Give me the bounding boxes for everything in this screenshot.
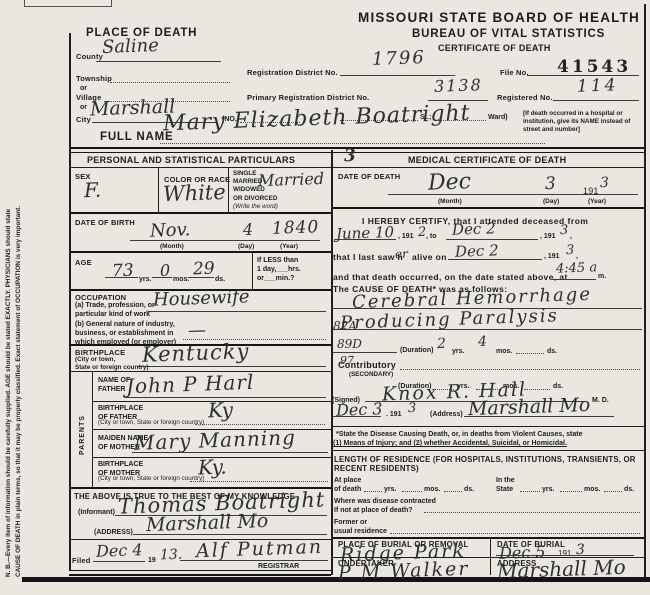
primary-registration-line	[428, 100, 488, 101]
dod-month-caption: (Month)	[438, 198, 462, 205]
informant-address-label: (ADDRESS)	[94, 528, 133, 537]
informant-label: (Informant)	[78, 508, 115, 517]
birthplace-sub: (City or town, State or foreign country)	[75, 356, 148, 372]
age-less-l3: or___min.?	[257, 274, 301, 283]
to-label: , to	[426, 232, 437, 241]
hospital-note: [If death occurred in a hospital or inst…	[523, 110, 641, 135]
margin-note-line1: N. B.—Every item of information should b…	[4, 206, 14, 577]
dod-day-value: 3	[545, 176, 556, 193]
cause-duration-label: (Duration)	[400, 346, 433, 355]
personal-title-rule	[69, 167, 331, 168]
age-mos-line	[152, 277, 172, 278]
city-ward-label: Ward)	[488, 113, 508, 122]
form-left-border	[69, 33, 71, 570]
md-label: M. D.	[592, 396, 609, 405]
county-label: County	[76, 52, 103, 61]
former-residence-blank	[390, 533, 640, 534]
saw-year-value: 3	[566, 244, 575, 257]
footnote-top-rule	[333, 426, 644, 427]
birthplace-sub-l1: (City or town,	[75, 356, 148, 364]
sex-value: F.	[84, 180, 102, 201]
attended-from-line	[334, 239, 396, 240]
city-label: City	[76, 115, 91, 124]
row-rule-1	[69, 212, 331, 214]
contributory-ds-blank	[524, 389, 550, 390]
former-residence-l2: usual residence	[334, 527, 387, 536]
marital-label-l4: OR DIVORCED	[233, 195, 278, 203]
dob-day-caption: (Day)	[238, 243, 254, 250]
registrar-line	[180, 560, 328, 561]
state-mos-label: mos.	[584, 485, 600, 494]
occupation-a-label: (a) Trade, profession, or particular kin…	[75, 301, 155, 319]
color-value: White	[163, 182, 226, 205]
column-divider	[331, 150, 333, 575]
signed-year-printed: . 191	[386, 410, 402, 419]
filed-bottom-rule	[69, 570, 331, 576]
occupation-a-l1: (a) Trade, profession, or	[75, 301, 155, 310]
dod-year-caption: (Year)	[588, 198, 606, 205]
informant-address-line	[133, 534, 327, 535]
at-place-label-l2: of death	[334, 485, 361, 494]
at-place-ds-blank	[444, 491, 462, 492]
contributory-blank	[400, 369, 640, 370]
informant-address-value: Marshall Mo	[146, 512, 269, 535]
to-comma: ,	[570, 232, 572, 241]
cause-duration-yrs-value: 2	[437, 337, 446, 351]
dob-label: DATE OF BIRTH	[75, 218, 135, 227]
or-label-2: or	[80, 103, 87, 112]
marital-label-sub: (Write the word)	[233, 203, 278, 211]
mother-bp-l1: BIRTHPLACE	[98, 460, 143, 469]
cause-duration-mos-label: mos.	[496, 347, 512, 356]
cause-code-2: 89D	[337, 338, 362, 350]
filed-date-line	[93, 561, 145, 562]
dod-line	[388, 194, 638, 195]
cause-duration-rule	[333, 352, 397, 353]
attended-to-line	[446, 239, 538, 240]
state-ds-label: ds.	[624, 485, 634, 494]
marital-value: Married	[258, 171, 325, 189]
color-marital-divider	[228, 167, 229, 213]
physician-address-line	[464, 416, 614, 417]
state-yrs-label: yrs.	[542, 485, 554, 494]
dod-bottom-rule	[333, 207, 644, 209]
undertaker-address-value: Marshall Mo	[497, 557, 626, 581]
contracted-label-l1: Where was disease contracted	[334, 497, 436, 506]
medical-section-title: MEDICAL CERTIFICATE OF DEATH	[408, 155, 566, 165]
filed-year-printed: 19	[148, 556, 156, 565]
parents-vertical-label: PARENTS	[78, 415, 89, 455]
dod-label: DATE OF DEATH	[338, 172, 400, 181]
death-occurred-label: and that death occurred, on the date sta…	[333, 272, 568, 283]
death-time-value: 4:45 a	[556, 261, 598, 275]
registration-district-value: 1796	[372, 49, 426, 69]
state-mos-blank	[560, 491, 582, 492]
footnote-line1: *State the Disease Causing Death, or, in…	[336, 430, 583, 439]
dob-month-caption: (Month)	[160, 243, 184, 250]
occupation-a-value: Housewife	[153, 288, 250, 309]
primary-registration-label: Primary Registration District No.	[247, 93, 369, 102]
age-mos-label: mos.	[173, 275, 189, 284]
registration-district-label: Registration District No.	[247, 68, 338, 77]
dod-year-value: 3	[600, 176, 609, 190]
in-the-label: In the	[496, 476, 515, 485]
father-birthplace-value: Ky	[208, 400, 234, 421]
signed-year-value: 3	[408, 402, 417, 415]
burial-col-divider	[490, 537, 491, 575]
contributory-secondary-label: (SECONDARY)	[349, 371, 393, 379]
saw-pronoun: er	[395, 248, 408, 260]
dob-year-caption: (Year)	[280, 243, 298, 250]
board-title: MISSOURI STATE BOARD OF HEALTH	[358, 10, 640, 25]
county-line	[96, 61, 221, 62]
registered-no-value: 114	[577, 77, 619, 95]
cause-duration-mos-value: 4	[478, 335, 487, 349]
cause-duration-ds-label: ds.	[547, 347, 557, 356]
dod-month-value: Dec	[428, 171, 472, 194]
mother-name-value: Mary Manning	[134, 427, 296, 453]
contributory-ds-label: ds.	[553, 382, 563, 391]
occupation-a-line	[148, 311, 326, 312]
father-bp-l1: BIRTHPLACE	[98, 404, 143, 413]
township-line	[110, 82, 230, 83]
attended-to-value: Dec 2	[452, 221, 496, 238]
header-divider	[69, 147, 646, 153]
former-residence-l1: Former or	[334, 518, 367, 527]
death-time-m-label: m.	[598, 272, 606, 281]
at-place-yrs-label: yrs.	[384, 485, 396, 494]
at-place-mos-label: mos.	[424, 485, 440, 494]
bureau-title: BUREAU OF VITAL STATISTICS	[412, 28, 605, 40]
cause-code-1: 82A	[333, 320, 357, 332]
age-yrs-line	[105, 277, 138, 278]
saw-alive-label: alive on	[412, 252, 447, 263]
full-name-value: Mary Elizabeth Boatright	[163, 103, 471, 136]
dod-day-caption: (Day)	[543, 198, 559, 205]
cause-duration-yrs-label: yrs.	[452, 347, 464, 356]
at-place-mos-blank	[402, 491, 422, 492]
at-place-label-l1: At place	[334, 476, 361, 485]
undertaker-value: P M Walker	[338, 560, 470, 584]
filed-label: Filed	[72, 556, 91, 565]
registered-no-line	[553, 100, 639, 101]
saw-year-printed: , 191	[544, 252, 560, 261]
mother-birthplace-line	[190, 481, 328, 482]
footnote-line2: (1) Means of Injury; and (2) whether Acc…	[333, 439, 567, 448]
at-place-ds-label: ds.	[464, 485, 474, 494]
at-place-yrs-blank	[364, 491, 382, 492]
margin-note-line2: CAUSE OF DEATH in plain terms, so that i…	[14, 206, 24, 577]
dob-month-value: Nov.	[150, 221, 191, 240]
age-subcell-divider	[252, 253, 253, 289]
age-less-l1: If LESS than	[257, 256, 301, 265]
address-label: (Address)	[430, 410, 463, 419]
dod-year-printed: 191	[583, 186, 599, 197]
age-yrs-label: yrs.	[139, 275, 151, 284]
cause-duration-ds-blank	[516, 353, 544, 354]
township-label: Township	[76, 74, 112, 83]
father-birthplace-sub: (City or town, State or foreign country)	[98, 419, 204, 427]
medical-title-rule	[333, 167, 644, 168]
state-yrs-blank	[520, 491, 540, 492]
certificate-title: CERTIFICATE OF DEATH	[438, 43, 551, 53]
dob-day-value: 4	[243, 222, 254, 238]
footnote-bottom-rule	[333, 450, 644, 451]
contracted-blank	[424, 512, 640, 513]
saw-comma: ,	[576, 252, 578, 261]
sex-color-divider	[158, 167, 159, 213]
file-no-label: File No.	[500, 68, 529, 77]
occupation-a-l2: particular kind of work	[75, 310, 155, 319]
father-name-value: John P Harl	[126, 372, 255, 396]
mother-birthplace-value: Ky.	[198, 457, 227, 478]
from-year-printed: , 191	[398, 232, 414, 241]
or-label-1: or	[80, 84, 87, 93]
row-rule-2	[69, 251, 331, 253]
age-label: AGE	[75, 258, 92, 267]
birthplace-value: Kentucky	[142, 341, 250, 366]
county-value: Saline	[102, 37, 159, 57]
saw-date-value: Dec 2	[455, 243, 499, 260]
dob-year-value: 1840	[272, 219, 320, 238]
saw-prefix: that I last saw h	[333, 252, 403, 263]
contracted-label-l2: If not at place of death?	[334, 506, 413, 515]
occupation-b-l1: (b) General nature of industry,	[75, 320, 176, 329]
death-time-line	[552, 279, 596, 280]
signed-date-line	[333, 416, 381, 417]
occupation-b-value: —	[188, 322, 207, 341]
age-ds-line	[188, 277, 214, 278]
birthplace-line	[138, 366, 326, 367]
contributory-label: Contributory	[338, 360, 396, 370]
saw-date-line	[448, 259, 542, 260]
burial-top-rule	[333, 537, 644, 539]
margin-note: N. B.—Every item of information should b…	[4, 206, 23, 577]
age-days-value: 29	[193, 261, 215, 279]
filed-date-value: Dec 4	[96, 542, 143, 560]
state-label: State	[496, 485, 513, 494]
age-ds-label: ds.	[215, 275, 225, 284]
death-certificate-scan: N. B.—Every item of information should b…	[0, 0, 650, 595]
stamp-fragment	[24, 0, 112, 7]
registrar-signature: Alf Putman	[196, 538, 324, 561]
dob-line	[130, 240, 320, 241]
residence-title-l2: RECENT RESIDENTS)	[334, 464, 419, 474]
mother-name-line	[132, 452, 328, 453]
registered-no-label: Registered No.	[497, 93, 553, 102]
to-year-printed: , 191	[540, 232, 556, 241]
page-number-annotation: 3	[344, 148, 356, 165]
personal-section-title: PERSONAL AND STATISTICAL PARTICULARS	[87, 155, 295, 165]
age-less-l2: 1 day,___hrs.	[257, 265, 301, 274]
state-ds-blank	[604, 491, 622, 492]
form-right-border	[644, 4, 646, 577]
cause-line2-rule	[333, 329, 642, 330]
to-year-value: 3	[560, 224, 569, 237]
full-name-line	[160, 143, 545, 144]
age-less-note: If LESS than 1 day,___hrs. or___min.?	[257, 256, 301, 283]
father-birthplace-line	[195, 424, 325, 425]
file-no-value: 41543	[557, 57, 631, 77]
primary-registration-value: 3138	[434, 77, 483, 95]
mother-birthplace-sub: (City or town, State or foreign country)	[98, 475, 204, 483]
occupation-b-l2: business, or establishment in	[75, 329, 176, 338]
